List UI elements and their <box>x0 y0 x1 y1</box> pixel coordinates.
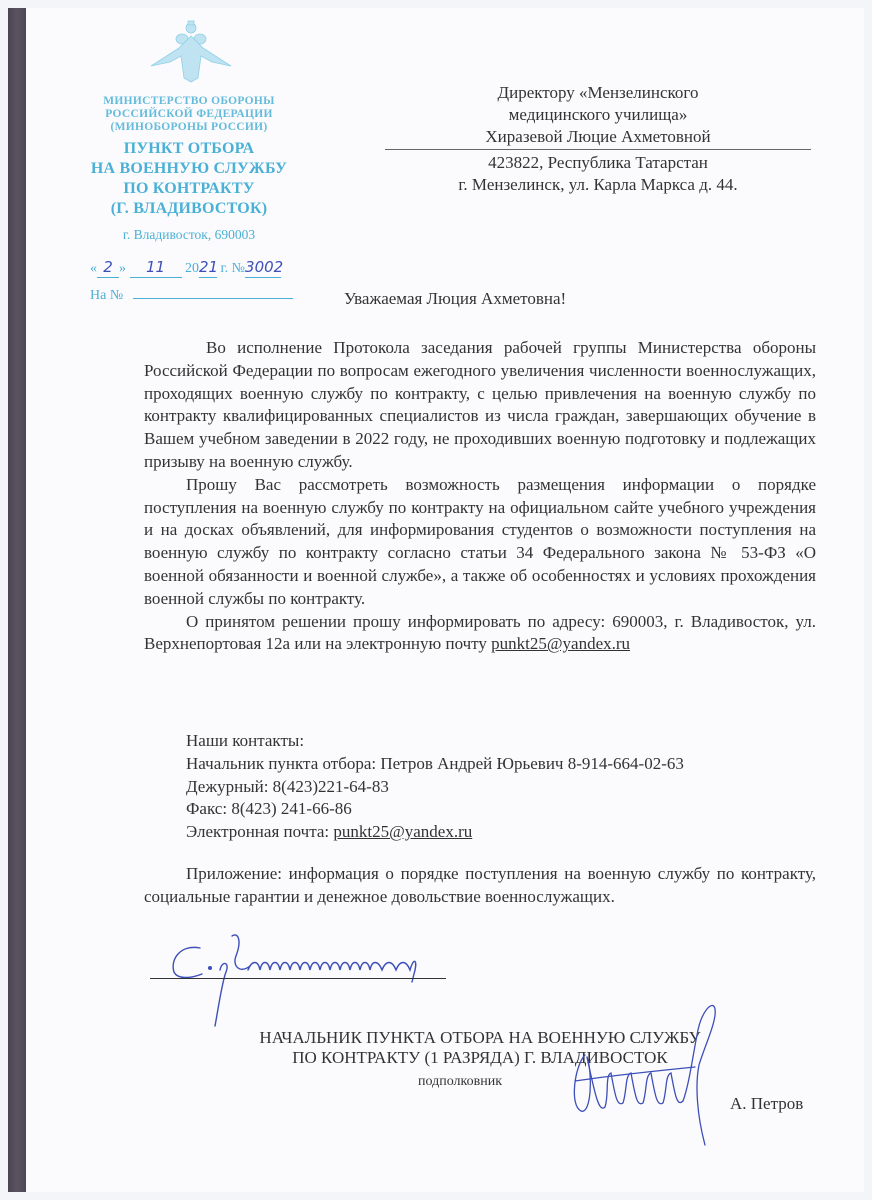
unit-name: ПУНКТ ОТБОРА НА ВОЕННУЮ СЛУЖБУ ПО КОНТРА… <box>86 139 292 219</box>
contact-duty: Дежурный: 8(423)221-64-83 <box>186 776 806 799</box>
letter-body: Во исполнение Протокола заседания рабоче… <box>144 337 816 656</box>
signatory-name: А. Петров <box>730 1094 803 1114</box>
contacts-heading: Наши контакты: <box>186 730 806 753</box>
reply-number <box>133 298 293 299</box>
closing-underline <box>150 978 446 979</box>
letterhead-stamp: МИНИСТЕРСТВО ОБОРОНЫ РОССИЙСКОЙ ФЕДЕРАЦИ… <box>86 95 292 243</box>
contact-email-link[interactable]: punkt25@yandex.ru <box>333 822 472 841</box>
paragraph-2: Прошу Вас рассмотреть возможность размещ… <box>144 474 816 611</box>
email-link[interactable]: punkt25@yandex.ru <box>491 634 630 653</box>
scan-edge-strip <box>8 8 26 1192</box>
reply-to-line: На № <box>90 288 293 304</box>
signature-icon <box>565 995 735 1155</box>
contacts-block: Наши контакты: Начальник пункта отбора: … <box>186 730 806 844</box>
outgoing-number: 3002 <box>245 258 283 276</box>
attachment-note: Приложение: информация о порядке поступл… <box>144 863 816 909</box>
addressee-divider <box>385 149 811 150</box>
paragraph-3: О принятом решении прошу информировать п… <box>144 611 816 657</box>
handwritten-closing-icon <box>160 930 430 1030</box>
paragraph-1: Во исполнение Протокола заседания рабоче… <box>144 337 816 474</box>
contact-email: Электронная почта: punkt25@yandex.ru <box>186 821 806 844</box>
ministry-name: МИНИСТЕРСТВО ОБОРОНЫ РОССИЙСКОЙ ФЕДЕРАЦИ… <box>86 95 292 134</box>
month-value: 11 <box>146 258 165 276</box>
year-value: 21 <box>199 258 218 276</box>
registration-line: «2» 11 2021 г. №3002 <box>90 258 310 278</box>
salutation: Уважаемая Люция Ахметовна! <box>344 289 566 309</box>
contact-head: Начальник пункта отбора: Петров Андрей Ю… <box>186 753 806 776</box>
day-value: 2 <box>103 258 113 276</box>
letterhead-city: г. Владивосток, 690003 <box>86 227 292 243</box>
contact-fax: Факс: 8(423) 241-66-86 <box>186 798 806 821</box>
double-headed-eagle-icon <box>148 20 234 84</box>
addressee-block: Директору «Мензелинского медицинского уч… <box>385 82 811 196</box>
signatory-rank: подполковник <box>418 1074 502 1090</box>
